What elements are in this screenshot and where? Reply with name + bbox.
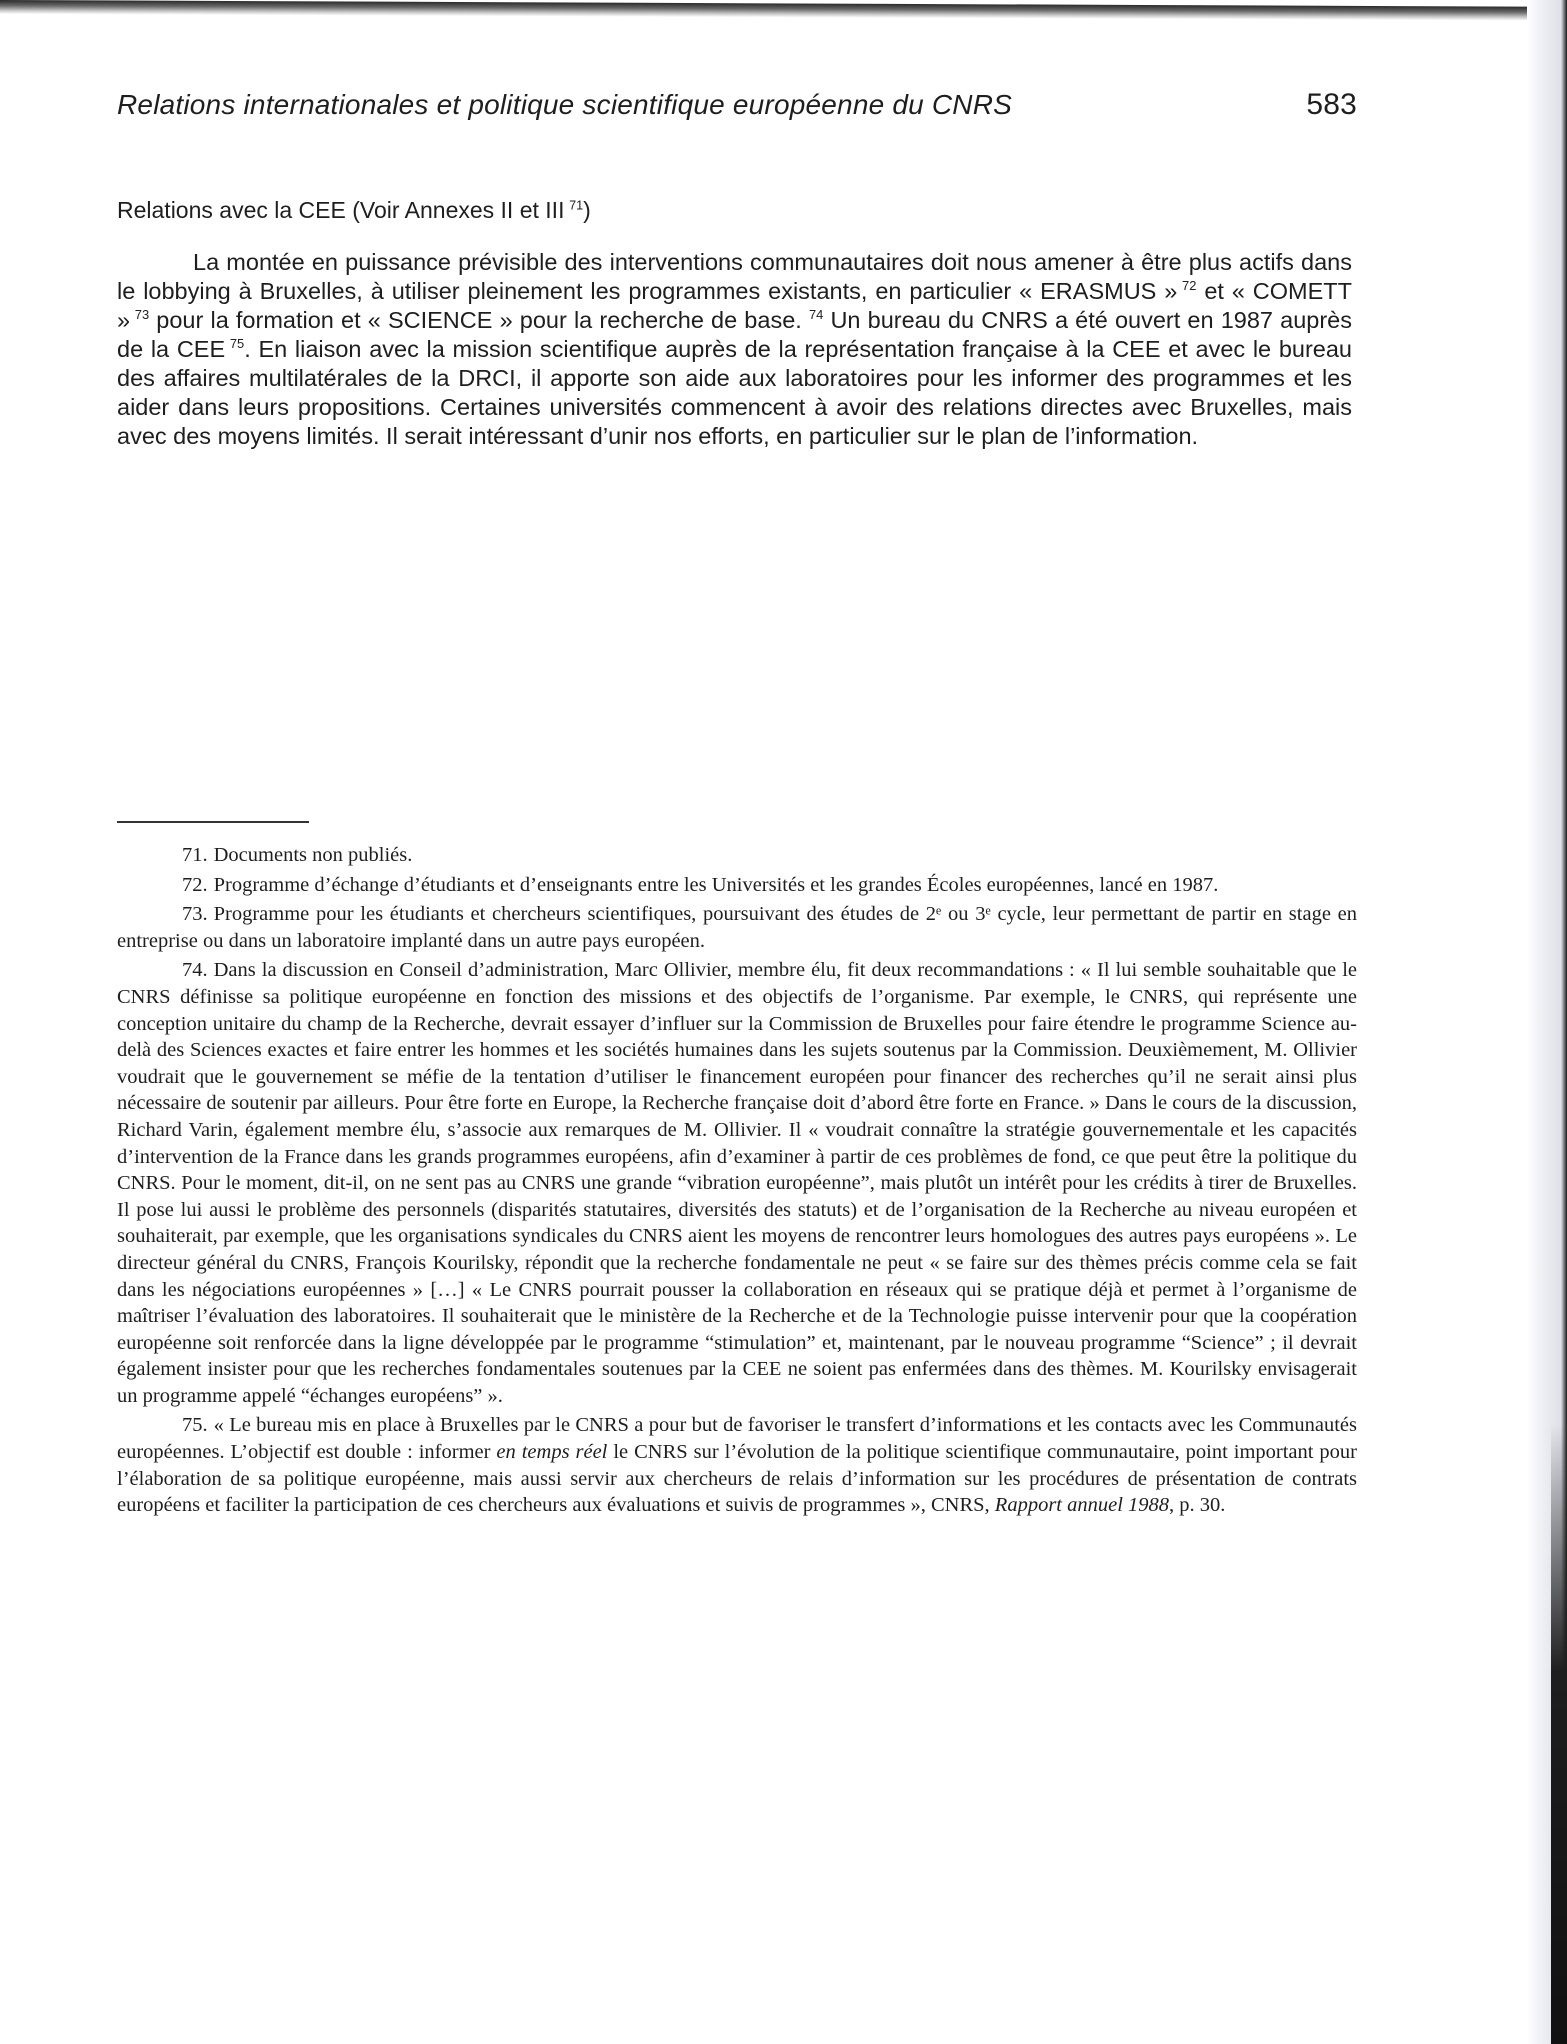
footnote-text: Dans la discussion en Conseil d’administ… bbox=[117, 959, 1357, 1407]
binding-shadow bbox=[1551, 1424, 1567, 2044]
footnote-ref-74[interactable]: 74 bbox=[809, 307, 823, 322]
footnote-separator bbox=[117, 821, 309, 823]
body-text-segment: . En liaison avec la mission scientifiqu… bbox=[117, 336, 1352, 449]
aside-text: (Voir Annexes II et III bbox=[352, 197, 564, 223]
page-top-edge-shadow bbox=[0, 0, 1567, 21]
footnote-71: 71.Documents non publiés. bbox=[117, 842, 1357, 869]
footnote-number: 72. bbox=[182, 874, 208, 896]
footnote-text: Programme d’échange d’étudiants et d’ens… bbox=[214, 874, 1219, 896]
footnote-number: 75. bbox=[182, 1414, 208, 1436]
footnote-text: , p. 30. bbox=[1169, 1494, 1225, 1516]
footnote-text: Documents non publiés. bbox=[214, 844, 413, 866]
footnote-ref-73[interactable]: 73 bbox=[135, 307, 149, 322]
body-paragraph: La montée en puissance prévisible des in… bbox=[117, 248, 1352, 451]
running-head: Relations internationales et politique s… bbox=[117, 88, 1357, 122]
body-text-segment: La montée en puissance prévisible des in… bbox=[117, 249, 1352, 304]
footnote-75: 75.« Le bureau mis en place à Bruxelles … bbox=[117, 1412, 1357, 1518]
footnotes: 71.Documents non publiés. 72.Programme d… bbox=[117, 842, 1357, 1522]
footnote-ref-71[interactable]: 71 bbox=[569, 198, 583, 212]
footnote-72: 72.Programme d’échange d’étudiants et d’… bbox=[117, 872, 1357, 899]
page-number: 583 bbox=[1306, 88, 1357, 122]
section-heading: Relations avec la CEE (Voir Annexes II e… bbox=[117, 197, 1357, 224]
footnote-ref-75[interactable]: 75 bbox=[230, 336, 244, 351]
footnote-ref-72[interactable]: 72 bbox=[1182, 278, 1196, 293]
footnote-emphasis: en temps réel bbox=[496, 1441, 607, 1463]
body-text-segment: pour la formation et « SCIENCE » pour la… bbox=[149, 307, 809, 333]
footnote-number: 73. bbox=[182, 903, 208, 925]
footnote-number: 74. bbox=[182, 959, 208, 981]
book-page: Relations internationales et politique s… bbox=[117, 88, 1357, 475]
footnote-text: Programme pour les étudiants et chercheu… bbox=[117, 903, 1357, 952]
footnote-73: 73.Programme pour les étudiants et cherc… bbox=[117, 901, 1357, 954]
section-aside: (Voir Annexes II et III 71) bbox=[352, 197, 591, 223]
aside-close: ) bbox=[583, 197, 591, 223]
running-head-title: Relations internationales et politique s… bbox=[117, 89, 1012, 121]
section-title: Relations avec la CEE bbox=[117, 197, 346, 223]
footnote-74: 74.Dans la discussion en Conseil d’admin… bbox=[117, 957, 1357, 1409]
footnote-number: 71. bbox=[182, 844, 208, 866]
footnote-source-title: Rapport annuel 1988 bbox=[995, 1494, 1169, 1516]
